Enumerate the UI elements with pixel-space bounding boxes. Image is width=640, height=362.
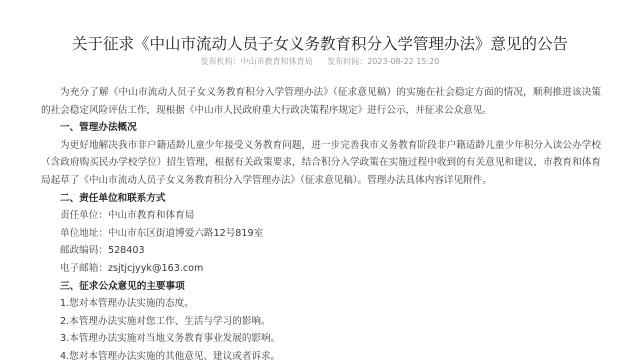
publisher-info: 发布机构：中山市教育和体育局	[201, 57, 313, 66]
intro-paragraph: 为充分了解《中山市流动人员子女义务教育积分入学管理办法》（征求意见稿）的实施在社…	[41, 84, 601, 119]
contact-postcode-label: 邮政编码：	[60, 245, 108, 256]
contact-address-value: 中山市东区街道博爱六路12号819室	[108, 228, 263, 239]
contact-unit-value: 中山市教育和体育局	[108, 210, 194, 221]
section-heading-contacts: 二、责任单位和联系方式	[41, 190, 601, 208]
contact-email-label: 电子邮箱：	[60, 263, 108, 274]
section-heading-overview: 一、管理办法概况	[41, 119, 601, 137]
consultation-item: 4.您对本管理办法实施的其他意见、建议或者诉求。	[41, 348, 601, 362]
publish-time-value: 2023-08-22 15:20	[367, 57, 439, 66]
consultation-item: 1.您对本管理办法实施的态度。	[41, 295, 601, 313]
contact-address-label: 单位地址：	[60, 228, 108, 239]
section-heading-consultation: 三、征求公众意见的主要事项	[41, 278, 601, 296]
contact-unit: 责任单位：中山市教育和体育局	[41, 207, 601, 225]
publish-time-label: 发布时间：	[327, 57, 367, 66]
contact-email: 电子邮箱：zsjtjcjyyk@163.com	[41, 260, 601, 278]
contact-email-value: zsjtjcjyyk@163.com	[108, 263, 203, 274]
contact-address: 单位地址：中山市东区街道博爱六路12号819室	[41, 225, 601, 243]
overview-paragraph: 为更好地解决我市非户籍适龄儿童少年接受义务教育问题，进一步完善我市义务教育阶段非…	[41, 137, 601, 190]
article-meta: 发布机构：中山市教育和体育局 发布时间：2023-08-22 15:20	[0, 56, 640, 67]
consultation-item: 3.本管理办法实施对当地义务教育事业发展的影响。	[41, 330, 601, 348]
publisher-value: 中山市教育和体育局	[241, 57, 313, 66]
contact-unit-label: 责任单位：	[60, 210, 108, 221]
page-title: 关于征求《中山市流动人员子女义务教育积分入学管理办法》意见的公告	[0, 32, 640, 54]
consultation-item: 2.本管理办法实施对您工作、生活与学习的影响。	[41, 313, 601, 331]
article-body: 为充分了解《中山市流动人员子女义务教育积分入学管理办法》（征求意见稿）的实施在社…	[41, 84, 601, 362]
publisher-label: 发布机构：	[201, 57, 241, 66]
notice-page: 关于征求《中山市流动人员子女义务教育积分入学管理办法》意见的公告 发布机构：中山…	[0, 0, 640, 362]
contact-postcode: 邮政编码：528403	[41, 242, 601, 260]
publish-time-info: 发布时间：2023-08-22 15:20	[327, 57, 439, 66]
contact-postcode-value: 528403	[108, 245, 145, 256]
